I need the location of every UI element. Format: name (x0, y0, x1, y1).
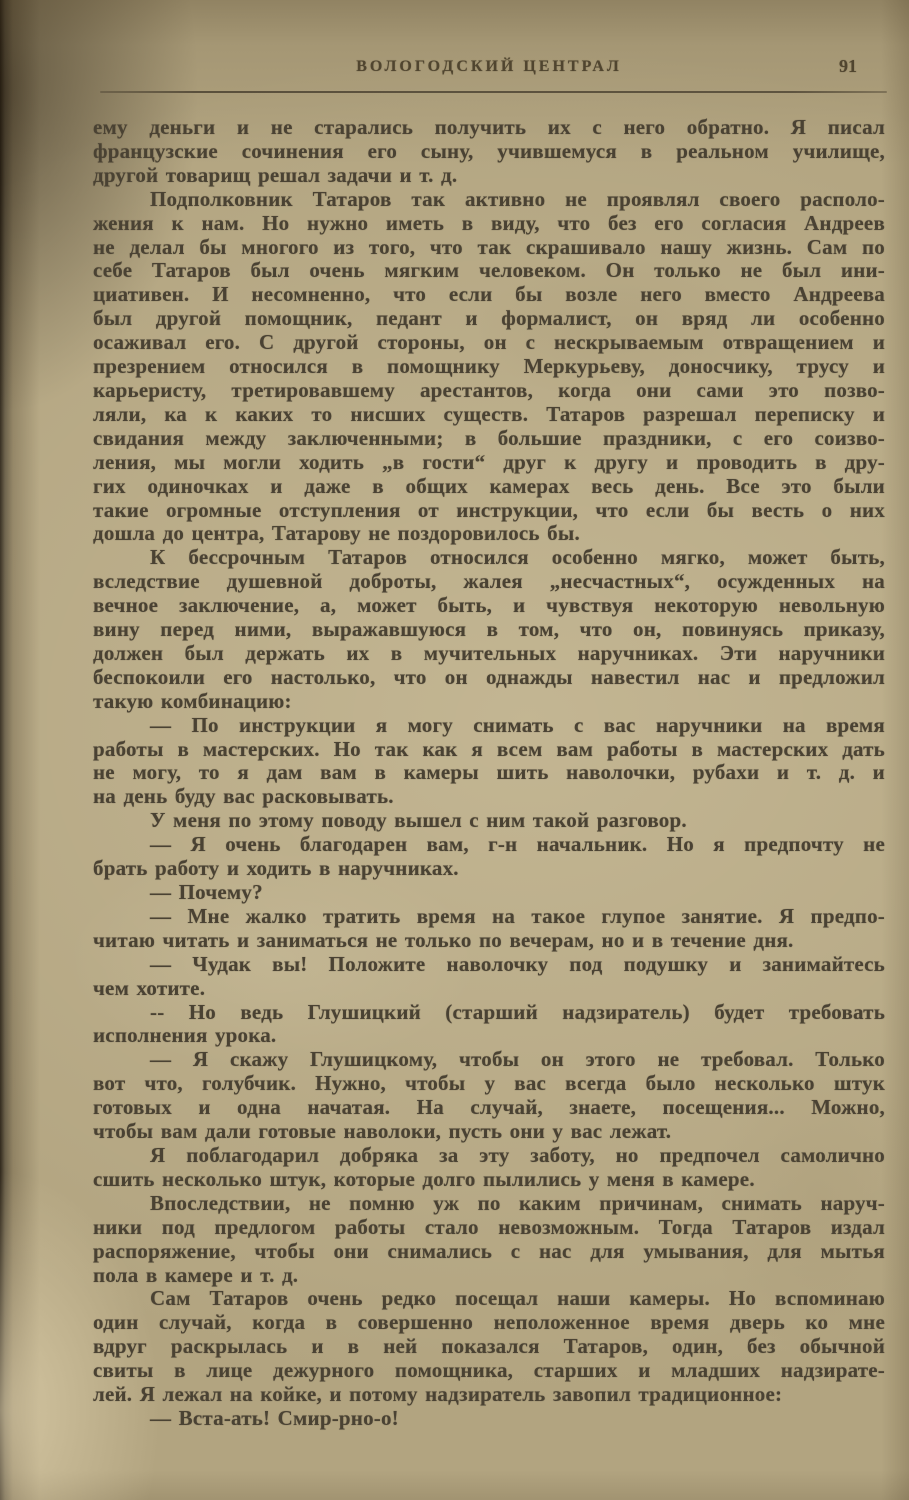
text-line: ники под предлогом работы стало невозмож… (93, 1216, 885, 1240)
text-line: брать работу и ходить в наручниках. (93, 857, 885, 881)
book-page: ВОЛОГОДСКИЙ ЦЕНТРАЛ 91 ему деньги и не с… (0, 0, 909, 1500)
text-line: читаю читать и заниматься не только по в… (93, 929, 885, 953)
header-rule (100, 91, 887, 93)
text-line: К бессрочным Татаров относился особенно … (93, 546, 885, 570)
text-line: дошла до центра, Татарову не поздоровило… (93, 522, 885, 546)
text-line: свиты в лице дежурного помощника, старши… (93, 1359, 885, 1383)
text-line: ему деньги и не старались получить их с … (93, 116, 885, 140)
running-head: ВОЛОГОДСКИЙ ЦЕНТРАЛ 91 (93, 58, 885, 84)
text-line: на день буду вас расковывать. (93, 785, 885, 809)
text-line: лей. Я лежал на койке, и потому надзират… (93, 1383, 885, 1407)
text-line: один случай, когда в совершенно неположе… (93, 1311, 885, 1335)
text-line: распоряжение, чтобы они снимались с нас … (93, 1240, 885, 1264)
text-line: работы в мастерских. Но так как я всем в… (93, 738, 885, 762)
text-line: не делал бы многого из того, что так скр… (93, 236, 885, 260)
text-line: вдруг раскрылась и в ней показался Татар… (93, 1335, 885, 1359)
text-line: Я поблагодарил добряка за эту заботу, но… (93, 1144, 885, 1168)
running-title: ВОЛОГОДСКИЙ ЦЕНТРАЛ (93, 58, 885, 76)
text-line: готовых и одна начатая. На случай, знает… (93, 1096, 885, 1120)
text-line: должен был держать их в мучительных нару… (93, 642, 885, 666)
text-line: — Я скажу Глушицкому, чтобы он этого не … (93, 1048, 885, 1072)
text-line: был другой помощник, педант и формалист,… (93, 307, 885, 331)
text-line: не могу, то я дам вам в камеры шить наво… (93, 761, 885, 785)
text-line: Подполковник Татаров так активно не проя… (93, 188, 885, 212)
paragraph: — Вста-ать! Смир-рно-о! (93, 1407, 885, 1431)
paragraph: — Я очень благодарен вам, г-н начальник.… (93, 833, 885, 881)
text-line: другой товарищ решал задачи и т. д. (93, 164, 885, 188)
paragraph: — Почему? (93, 881, 885, 905)
text-line: У меня по этому поводу вышел с ним такой… (93, 809, 885, 833)
text-line: себе Татаров был очень мягким человеком.… (93, 259, 885, 283)
paragraph: — Чудак вы! Положите наволочку под подуш… (93, 953, 885, 1001)
text-line: Впоследствии, не помню уж по каким причи… (93, 1192, 885, 1216)
text-line: вот что, голубчик. Нужно, чтобы у вас вс… (93, 1072, 885, 1096)
paragraph: — Я скажу Глушицкому, чтобы он этого не … (93, 1048, 885, 1144)
paragraph: К бессрочным Татаров относился особенно … (93, 546, 885, 713)
page-number: 91 (839, 56, 857, 77)
text-line: вечное заключение, а, может быть, и чувс… (93, 594, 885, 618)
text-line: — Чудак вы! Положите наволочку под подуш… (93, 953, 885, 977)
text-line: жения к нам. Но нужно иметь в виду, что … (93, 212, 885, 236)
text-line: осаживал его. С другой стороны, он с нес… (93, 331, 885, 355)
paragraph: Впоследствии, не помню уж по каким причи… (93, 1192, 885, 1288)
text-line: циативен. И несомненно, что если бы возл… (93, 283, 885, 307)
paragraph: Подполковник Татаров так активно не проя… (93, 188, 885, 547)
text-line: чтобы вам дали готовые наволоки, пусть о… (93, 1120, 885, 1144)
text-line: презрением относился в помощнику Меркурь… (93, 355, 885, 379)
text-line: пола в камере и т. д. (93, 1264, 885, 1288)
text-line: беспокоили его настолько, что он однажды… (93, 666, 885, 690)
text-line: гих одиночках и даже в общих камерах вес… (93, 475, 885, 499)
paragraph: Сам Татаров очень редко посещал наши кам… (93, 1287, 885, 1407)
text-line: карьеристу, третировавшему арестантов, к… (93, 379, 885, 403)
text-line: исполнения урока. (93, 1024, 885, 1048)
page-text: ему деньги и не старались получить их с … (93, 116, 885, 1431)
paragraph: Я поблагодарил добряка за эту заботу, но… (93, 1144, 885, 1192)
paragraph: ему деньги и не старались получить их с … (93, 116, 885, 188)
text-line: — Мне жалко тратить время на такое глупо… (93, 905, 885, 929)
text-line: — Почему? (93, 881, 885, 905)
text-line: вину перед ними, выражавшуюся в том, что… (93, 618, 885, 642)
text-line: чем хотите. (93, 977, 885, 1001)
paragraph: У меня по этому поводу вышел с ним такой… (93, 809, 885, 833)
text-line: — Вста-ать! Смир-рно-о! (93, 1407, 885, 1431)
text-line: сшить несколько штук, которые долго пыли… (93, 1168, 885, 1192)
text-line: -- Но ведь Глушицкий (старший надзирател… (93, 1001, 885, 1025)
text-line: — По инструкции я могу снимать с вас нар… (93, 714, 885, 738)
text-line: — Я очень благодарен вам, г-н начальник.… (93, 833, 885, 857)
text-line: такую комбинацию: (93, 690, 885, 714)
paragraph: — По инструкции я могу снимать с вас нар… (93, 714, 885, 810)
paragraph: -- Но ведь Глушицкий (старший надзирател… (93, 1001, 885, 1049)
text-line: свидания между заключенными; в большие п… (93, 427, 885, 451)
paragraph: — Мне жалко тратить время на такое глупо… (93, 905, 885, 953)
text-line: французские сочинения его сыну, учившему… (93, 140, 885, 164)
text-line: ляли, ка к каких то нисших существ. Тата… (93, 403, 885, 427)
text-line: такие огромные отступления от инструкции… (93, 499, 885, 523)
text-line: вследствие душевной доброты, жалея „несч… (93, 570, 885, 594)
text-line: Сам Татаров очень редко посещал наши кам… (93, 1287, 885, 1311)
text-line: ления, мы могли ходить „в гости“ друг к … (93, 451, 885, 475)
